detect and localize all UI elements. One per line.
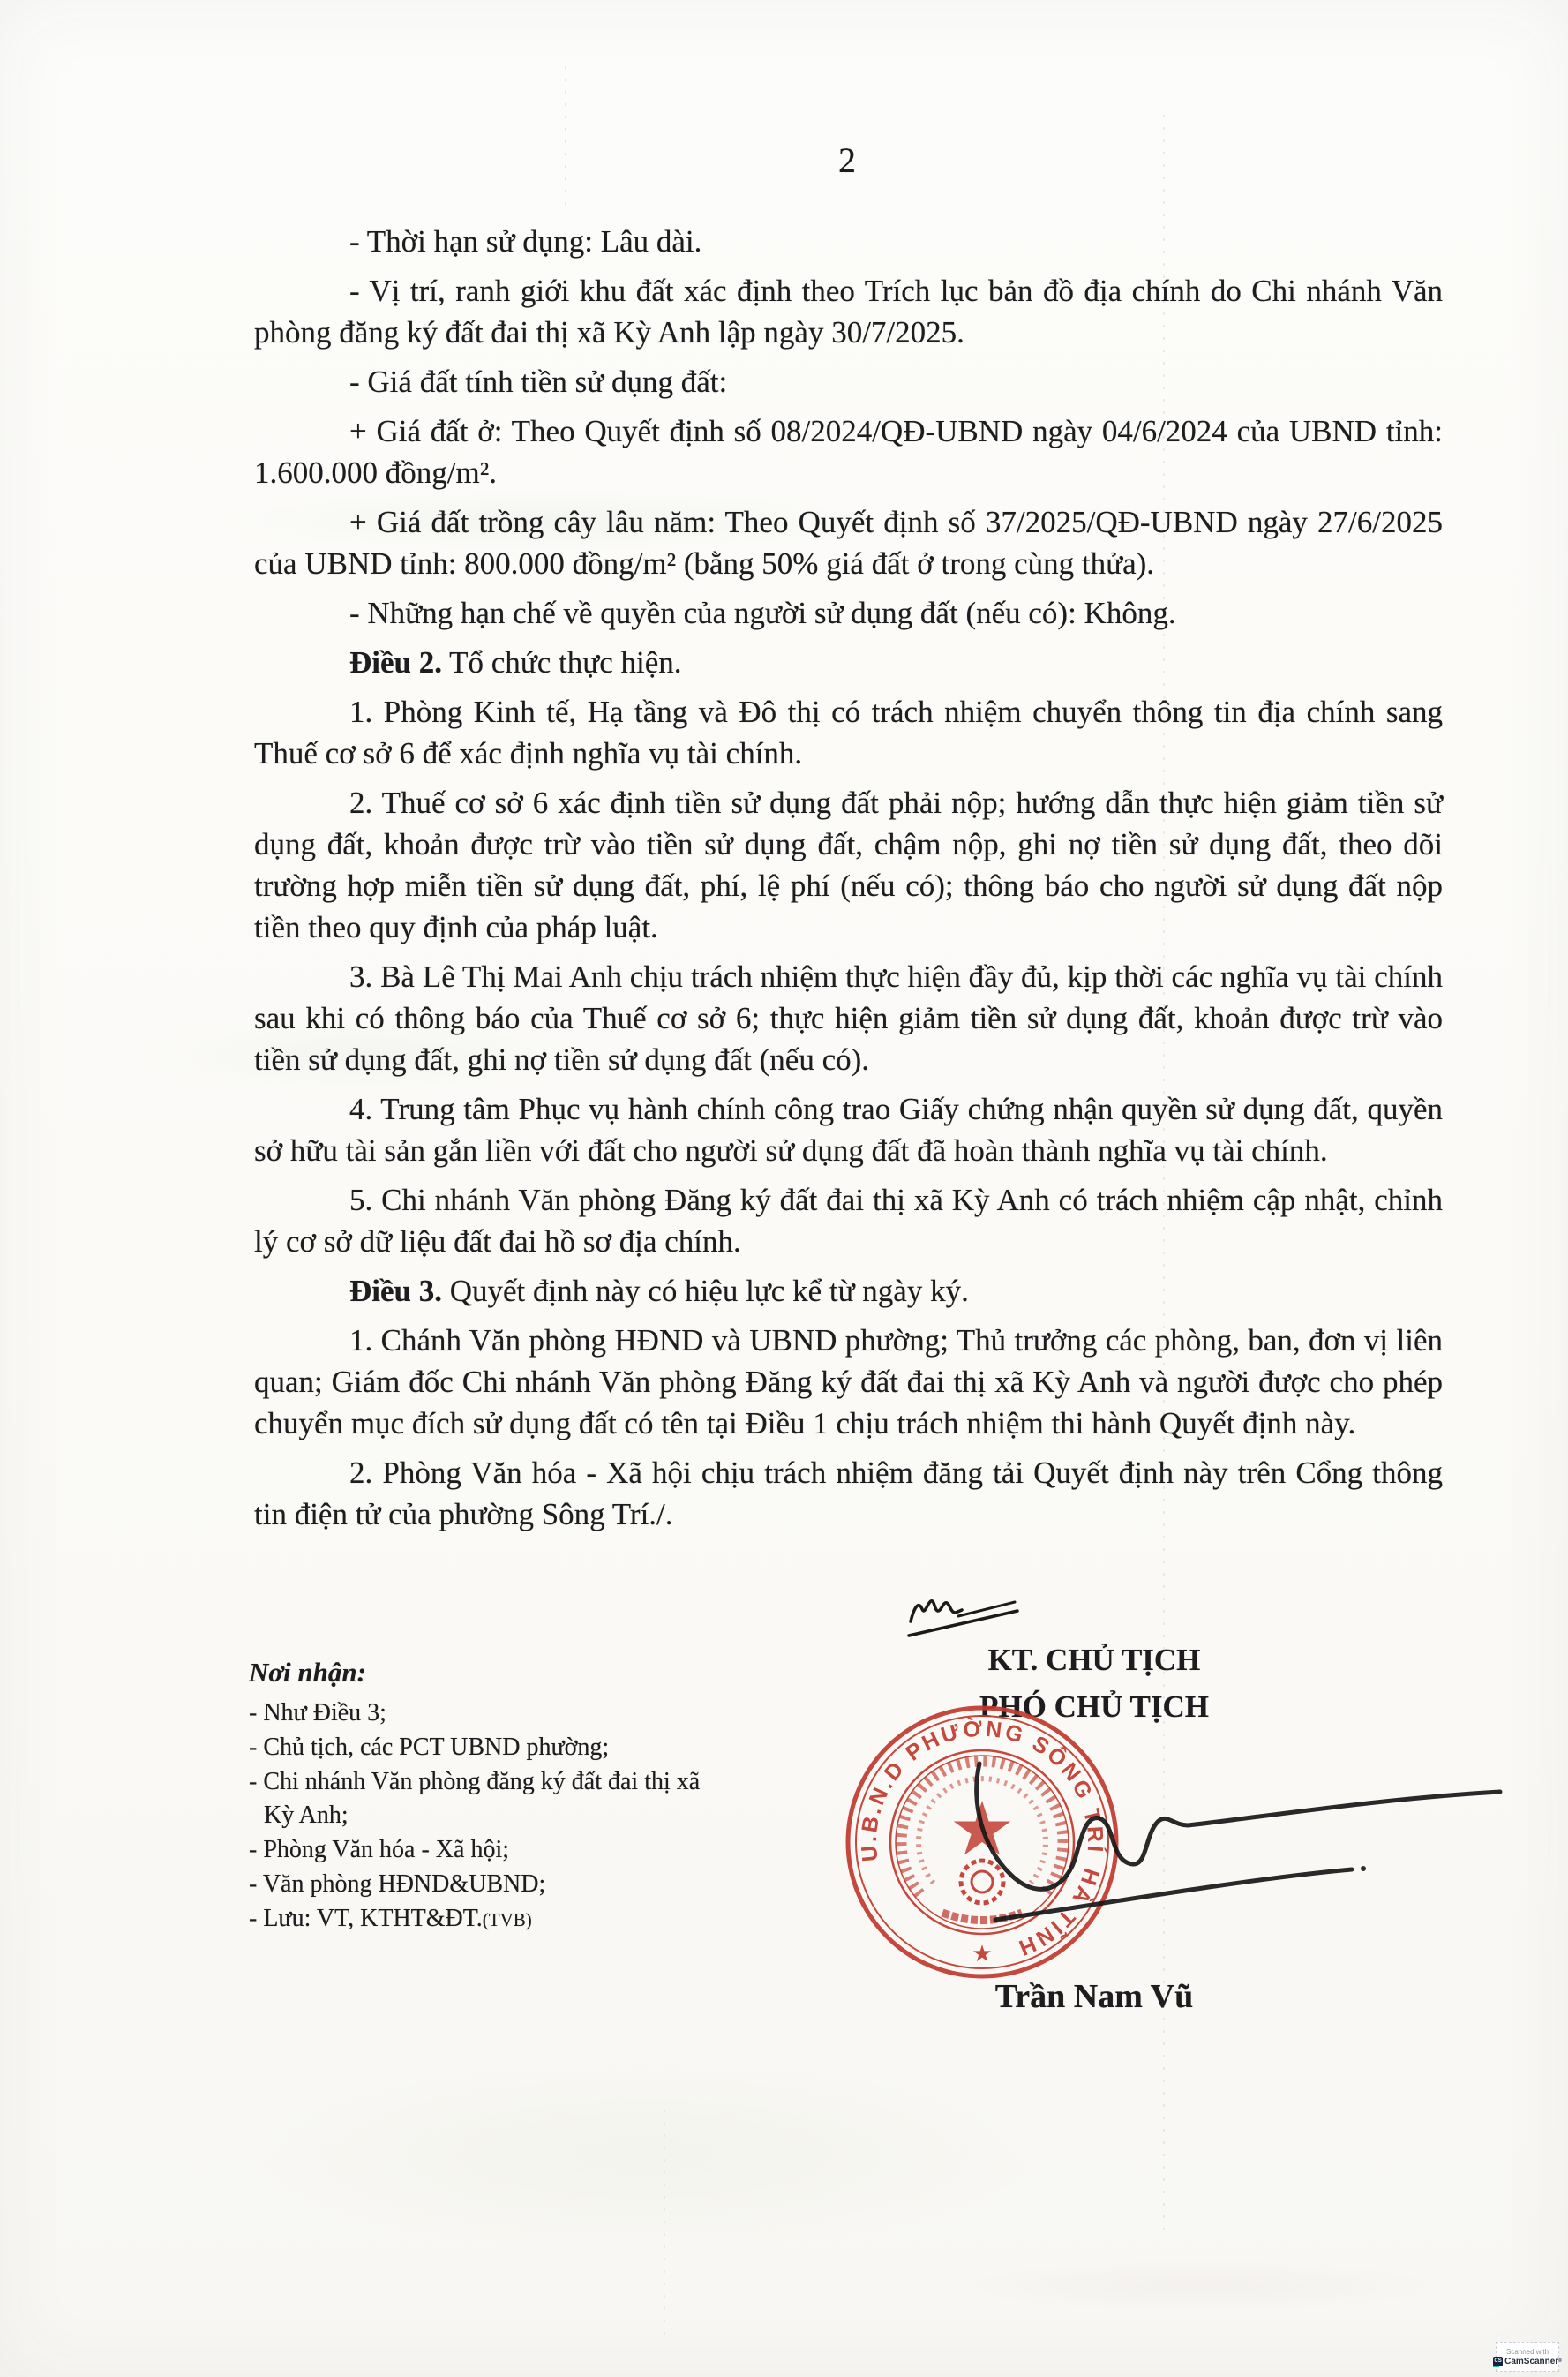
body-paragraph: + Giá đất ở: Theo Quyết định số 08/2024/… <box>254 410 1443 493</box>
recipient-text: - Chủ tịch, các PCT UBND phường; <box>249 1734 609 1761</box>
paragraph-text: - Giá đất tính tiền sử dụng đất: <box>349 365 727 399</box>
recipient-text: - Phòng Văn hóa - Xã hội; <box>249 1836 509 1863</box>
recipient-item: - Lưu: VT, KTHT&ĐT.(TVB) <box>249 1902 708 1937</box>
body-paragraph: 2. Thuế cơ sở 6 xác định tiền sử dụng đấ… <box>254 782 1443 948</box>
body-paragraph: - Những hạn chế về quyền của người sử dụ… <box>254 592 1443 634</box>
body-paragraph: 1. Phòng Kinh tế, Hạ tầng và Đô thị có t… <box>254 691 1443 774</box>
paragraph-text: 3. Bà Lê Thị Mai Anh chịu trách nhiệm th… <box>254 959 1443 1077</box>
recipient-text: - Chi nhánh Văn phòng đăng ký đất đai th… <box>249 1768 700 1829</box>
recipient-text: - Văn phòng HĐND&UBND; <box>249 1870 545 1898</box>
paragraph-text: 5. Chi nhánh Văn phòng Đăng ký đất đai t… <box>254 1183 1443 1259</box>
scanner-app-name: CamScanner® <box>1504 2357 1562 2366</box>
document-page: 2 - Thời hạn sử dụng: Lâu dài. - Vị trí,… <box>0 0 1568 2377</box>
paraph-squiggle <box>911 1601 962 1621</box>
fold-line-artifact <box>565 66 566 207</box>
paragraph-text: Quyết định này có hiệu lực kể từ ngày ký… <box>442 1274 969 1308</box>
body-paragraph: 2. Phòng Văn hóa - Xã hội chịu trách nhi… <box>254 1452 1443 1535</box>
fold-line-artifact <box>664 2110 665 2339</box>
body-paragraph: Điều 2. Tổ chức thực hiện. <box>254 642 1443 683</box>
paragraph-text: 4. Trung tâm Phục vụ hành chính công tra… <box>254 1092 1443 1168</box>
paragraph-text: - Những hạn chế về quyền của người sử dụ… <box>349 596 1176 630</box>
body-paragraph: - Giá đất tính tiền sử dụng đất: <box>254 361 1443 402</box>
scanner-badge: Scanned with CS CamScanner® <box>1496 2342 1559 2372</box>
recipient-text: - Lưu: VT, KTHT&ĐT. <box>249 1905 483 1932</box>
body-paragraph: 4. Trung tâm Phục vụ hành chính công tra… <box>254 1088 1443 1171</box>
signature-underline-stroke <box>995 1869 1352 1920</box>
scan-smudge <box>953 2260 1447 2313</box>
paragraph-text: - Thời hạn sử dụng: Lâu dài. <box>349 224 701 259</box>
signature-stroke <box>977 1764 1500 1889</box>
body-paragraph: - Thời hạn sử dụng: Lâu dài. <box>254 221 1443 262</box>
article-lead: Điều 3. <box>349 1274 442 1308</box>
paragraph-text: 2. Thuế cơ sở 6 xác định tiền sử dụng đấ… <box>254 786 1443 944</box>
body-paragraph: 1. Chánh Văn phòng HĐND và UBND phường; … <box>254 1320 1443 1444</box>
paragraph-text: - Vị trí, ranh giới khu đất xác định the… <box>254 274 1443 350</box>
article-lead: Điều 2. <box>349 645 442 680</box>
scanner-badge-caption: Scanned with <box>1506 2348 1549 2356</box>
body-paragraph: 5. Chi nhánh Văn phòng Đăng ký đất đai t… <box>254 1179 1443 1262</box>
paragraph-text: Tổ chức thực hiện. <box>442 645 682 680</box>
recipient-item: - Phòng Văn hóa - Xã hội; <box>249 1833 708 1868</box>
page-number: 2 <box>819 139 875 181</box>
signature-ink <box>882 1730 1518 1986</box>
recipient-item: - Như Điều 3; <box>249 1696 708 1731</box>
body-paragraph: Điều 3. Quyết định này có hiệu lực kể từ… <box>254 1270 1443 1312</box>
body-paragraph: 3. Bà Lê Thị Mai Anh chịu trách nhiệm th… <box>254 956 1443 1080</box>
recipients-title: Nơi nhận: <box>249 1656 708 1689</box>
paragraph-text: + Giá đất trồng cây lâu năm: Theo Quyết … <box>254 505 1443 581</box>
scan-smudge <box>247 2057 1041 2251</box>
camscanner-logo-icon: CS <box>1493 2357 1503 2366</box>
registered-mark: ® <box>1558 2358 1562 2364</box>
recipients-section: Nơi nhận: - Như Điều 3; - Chủ tịch, các … <box>249 1656 708 1937</box>
body-paragraph: - Vị trí, ranh giới khu đất xác định the… <box>254 270 1443 353</box>
document-body: - Thời hạn sử dụng: Lâu dài. - Vị trí, r… <box>254 221 1443 1543</box>
paragraph-text: + Giá đất ở: Theo Quyết định số 08/2024/… <box>254 414 1443 490</box>
paragraph-text: 1. Phòng Kinh tế, Hạ tầng và Đô thị có t… <box>254 695 1443 771</box>
recipients-list: - Như Điều 3; - Chủ tịch, các PCT UBND p… <box>249 1696 708 1937</box>
recipient-suffix: (TVB) <box>483 1909 532 1930</box>
acting-title: KT. CHỦ TỊCH <box>900 1636 1288 1683</box>
recipient-item: - Chủ tịch, các PCT UBND phường; <box>249 1731 708 1765</box>
recipient-item: - Văn phòng HĐND&UBND; <box>249 1868 708 1902</box>
signature-ink-dot <box>1361 1866 1366 1871</box>
paragraph-text: 2. Phòng Văn hóa - Xã hội chịu trách nhi… <box>254 1456 1443 1531</box>
recipient-text: - Như Điều 3; <box>249 1699 386 1726</box>
paragraph-text: 1. Chánh Văn phòng HĐND và UBND phường; … <box>254 1323 1443 1440</box>
recipient-item: - Chi nhánh Văn phòng đăng ký đất đai th… <box>249 1765 708 1833</box>
body-paragraph: + Giá đất trồng cây lâu năm: Theo Quyết … <box>254 501 1443 584</box>
